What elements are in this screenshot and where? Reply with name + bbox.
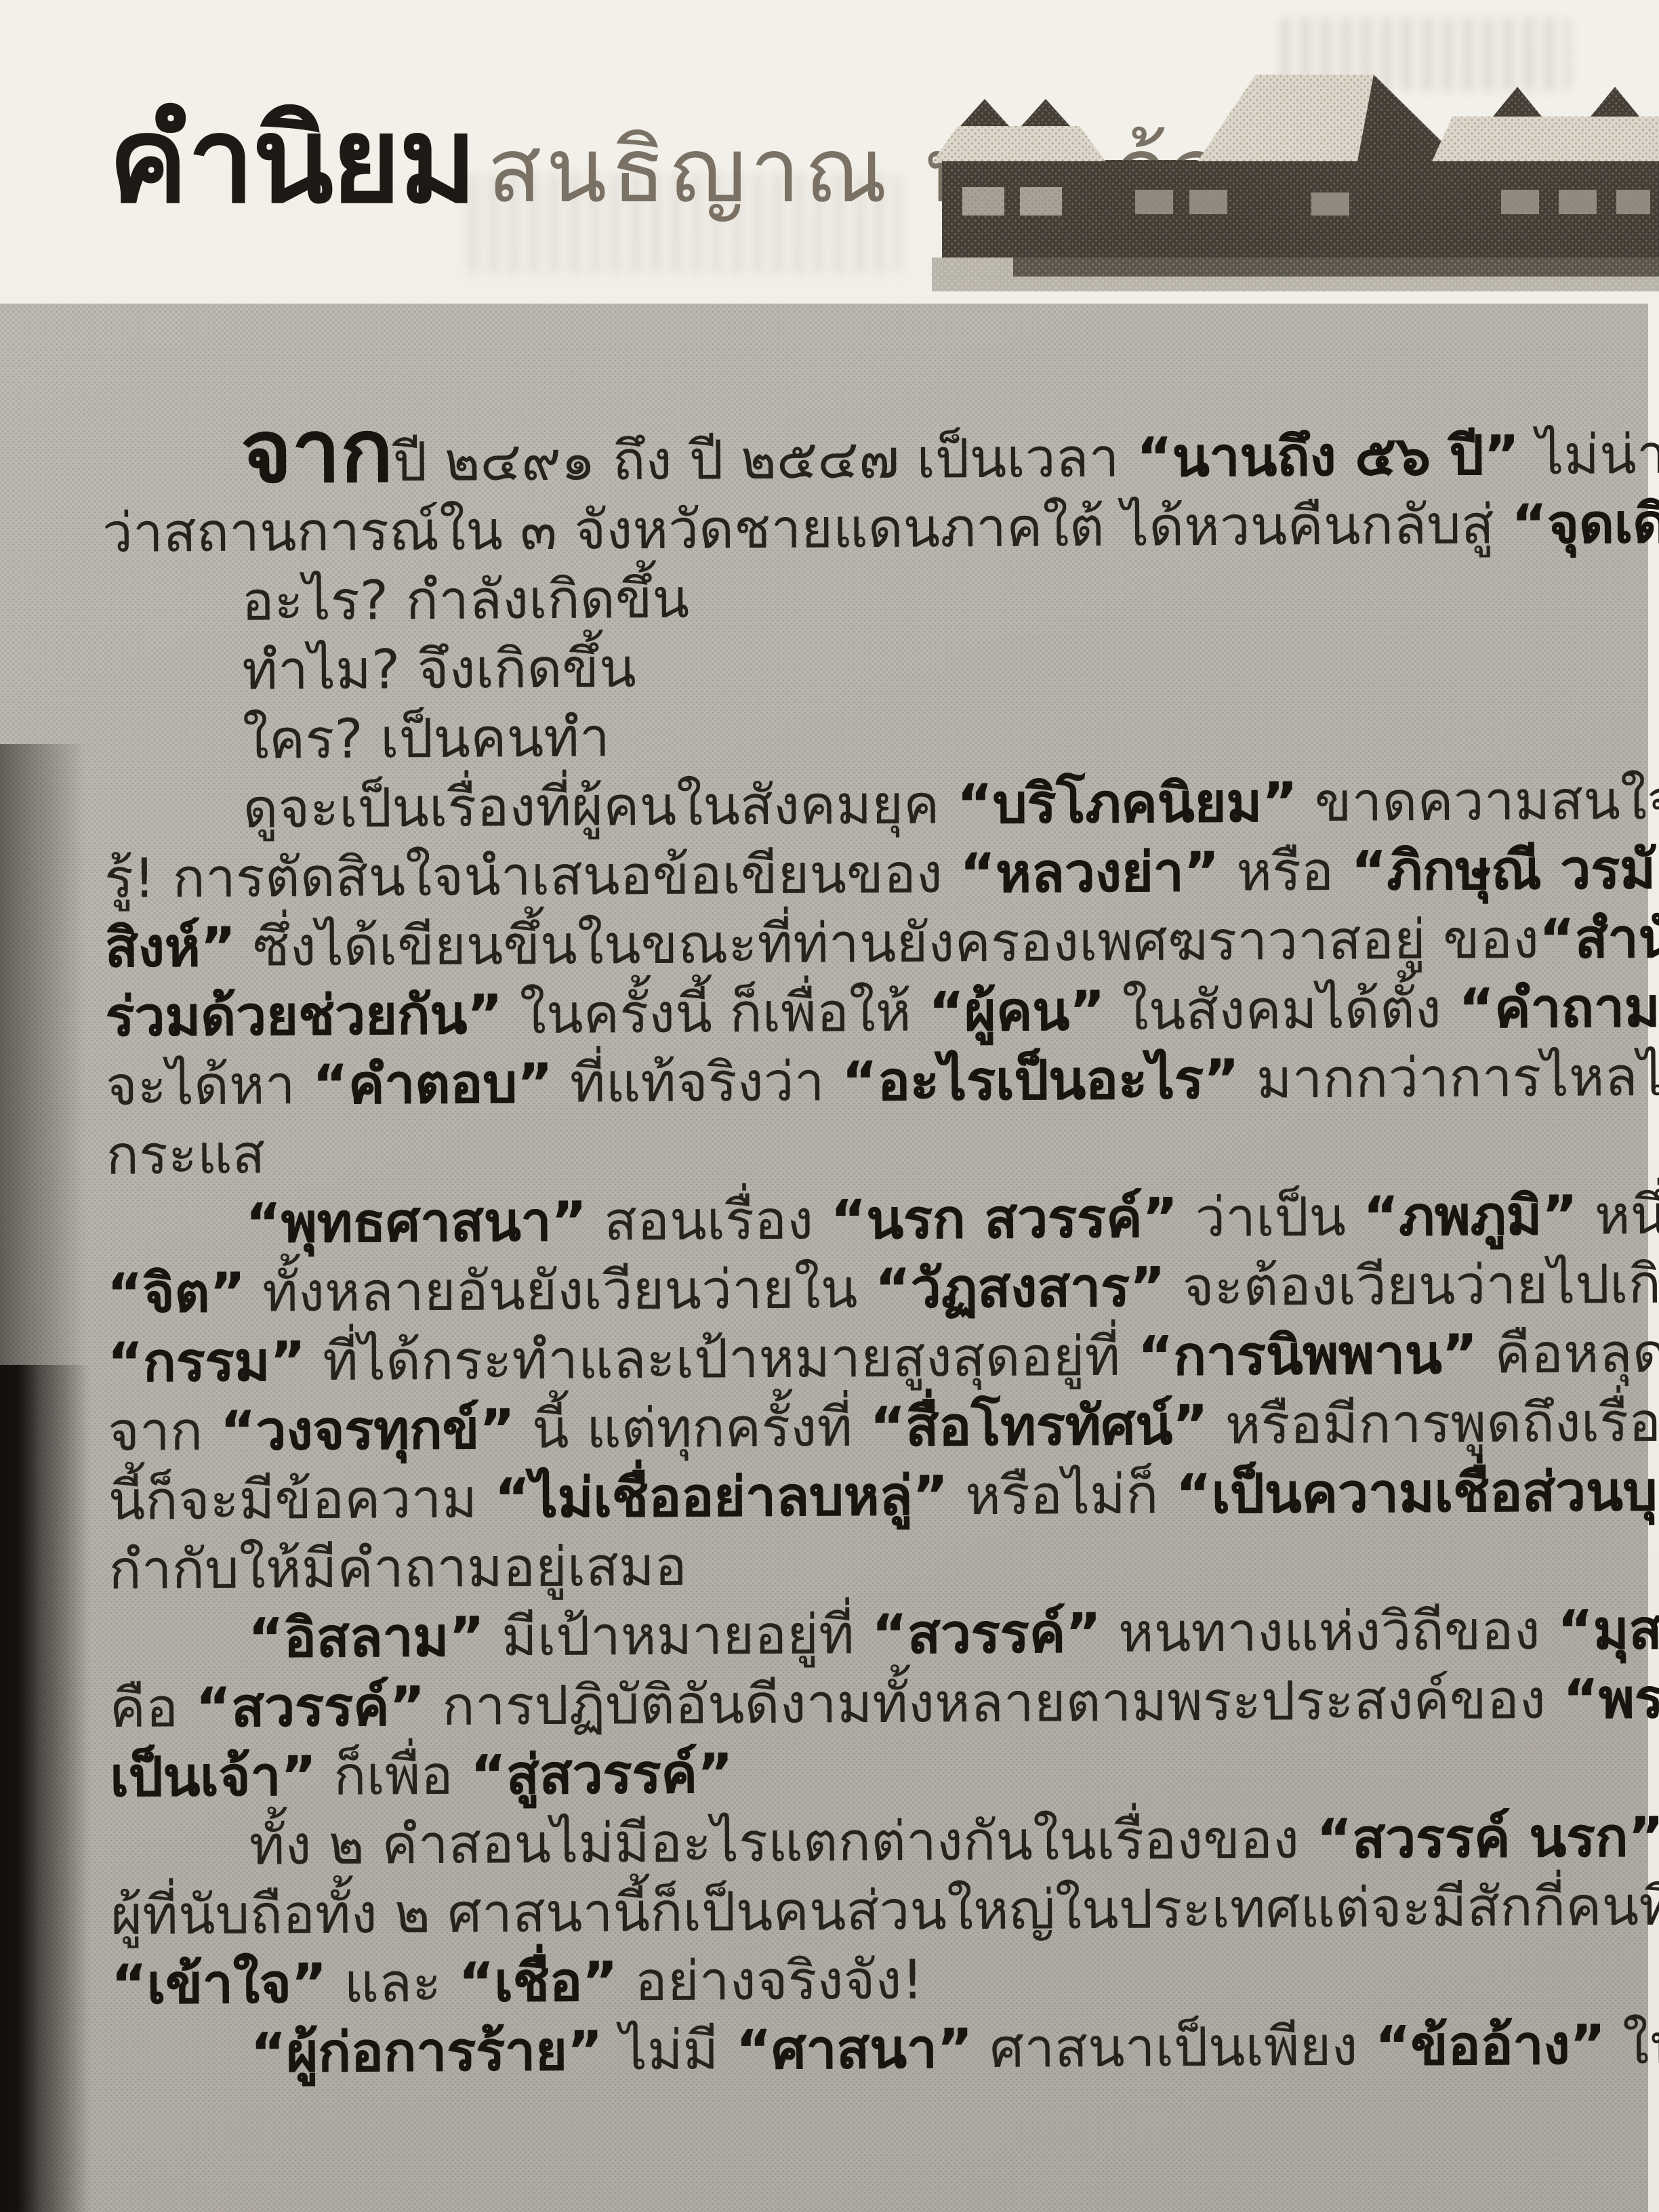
body-text-segment: ก็เพื่อ xyxy=(316,1744,470,1807)
emphasized-quoted-text: “สำนักพิมพ์ xyxy=(1539,906,1659,970)
body-text-segment: ทั้งหลายอันยังเวียนว่ายใน xyxy=(245,1257,875,1324)
emphasized-quoted-text: “สวรรค์” xyxy=(872,1601,1101,1666)
emphasized-quoted-text: “สวรรค์” xyxy=(195,1675,425,1739)
body-text-segment: ปี ๒๔๙๑ ถึง ปี ๒๕๔๗ เป็นเวลา xyxy=(392,426,1136,494)
body-text-segment: หนึ่งที่ xyxy=(1577,1183,1659,1246)
body-text-segment: หนทางแห่งวิถีของ xyxy=(1101,1599,1557,1664)
body-text-segment: ไม่น่าเชื่อ xyxy=(1519,422,1659,487)
text-line: จากปี ๒๔๙๑ ถึง ปี ๒๕๔๗ เป็นเวลา “นานถึง … xyxy=(102,421,1576,499)
emphasized-quoted-text: สิงห์” xyxy=(104,916,236,979)
body-text-segment: ในการ xyxy=(1605,2012,1659,2076)
body-text-segment: มีเป้าหมายอยู่ที่ xyxy=(484,1603,872,1668)
body-text-segment: ไม่มี xyxy=(602,2018,736,2082)
body-text-segment: ว่าเป็น xyxy=(1178,1185,1364,1250)
text-line: “พุทธศาสนา” สอนเรื่อง “นรก สวรรค์” ว่าเป… xyxy=(106,1181,1581,1259)
emphasized-quoted-text: “นานถึง ๕๖ ปี” xyxy=(1136,424,1519,489)
left-roof xyxy=(932,126,1107,163)
body-text-segment: คือ xyxy=(109,1676,196,1740)
body-text-segment: ในครั้งนี้ ก็เพื่อให้ xyxy=(502,981,928,1046)
emphasized-quoted-text: “นรก สวรรค์” xyxy=(830,1186,1178,1251)
body-text-segment: ว่าสถานการณ์ใน ๓ จังหวัดชายแดนภาคใต้ ได้… xyxy=(102,493,1512,565)
body-text-segment: กระแส xyxy=(106,1123,265,1187)
emphasized-quoted-text: “ไม่เชื่ออย่าลบหลู่” xyxy=(494,1464,948,1530)
body-text-segment: ทำไม? จึงเกิดขึ้น xyxy=(242,636,636,702)
body-text-segment: กำกับให้มีคำถามอยู่เสมอ xyxy=(108,1535,687,1601)
body-text-segment: สอนเรื่อง xyxy=(586,1188,830,1252)
body-text-segment: จะต้องเวียนว่ายไปเกิดตาม xyxy=(1165,1252,1659,1319)
body-text-segment: ทั้ง ๒ คำสอนไม่มีอะไรแตกต่างกันในเรื่องข… xyxy=(249,1807,1316,1877)
text-line: “จิต” ทั้งหลายอันยังเวียนว่ายใน “วัฏสงสา… xyxy=(106,1250,1581,1328)
emphasized-quoted-text: “เชื่อ” xyxy=(458,1950,617,2013)
body-text-segment: รู้! การตัดสินใจนำเสนอข้อเขียนของ xyxy=(104,842,960,910)
emphasized-quoted-text: “สวรรค์ นรก” xyxy=(1316,1805,1659,1870)
left-gable-2 xyxy=(1021,99,1070,126)
text-line: นี้ก็จะมีข้อความ “ไม่เชื่ออย่าลบหลู่” หร… xyxy=(108,1458,1582,1536)
emphasized-quoted-text: “กรรม” xyxy=(107,1330,306,1394)
text-line: ทำไม? จึงเกิดขึ้น xyxy=(103,628,1578,706)
body-text-segment: หรือ xyxy=(1219,840,1351,903)
emphasized-quoted-text: “วงจรทุกข์” xyxy=(220,1397,514,1462)
emphasized-quoted-text: “คำตอบ” xyxy=(312,1052,553,1116)
emphasized-quoted-text: “ภพภูมิ” xyxy=(1363,1184,1578,1248)
text-line: ดูจะเป็นเรื่องที่ผู้คนในสังคมยุค “บริโภค… xyxy=(104,766,1578,844)
body-text-segment: หรือมีการพูดถึงเรื่องพวก xyxy=(1208,1390,1659,1456)
body-text-segment: หรือไม่ก็ xyxy=(948,1462,1176,1527)
body-text-segment: ที่ได้กระทำและเป้าหมายสูงสุดอยู่ที่ xyxy=(305,1325,1138,1393)
book-page: คำนิยม สนธิญาณ หนูแก้ว xyxy=(0,0,1659,2212)
emphasized-quoted-text: “จุดเดิม” xyxy=(1511,491,1659,556)
right-gable-2 xyxy=(1591,87,1639,117)
body-text-segment: นี้ก็จะมีข้อความ xyxy=(108,1467,495,1532)
village-illustration xyxy=(932,60,1659,300)
text-line: เป็นเจ้า” ก็เพื่อ “สู่สวรรค์” xyxy=(110,1734,1584,1812)
body-text-segment: และ xyxy=(327,1951,459,2015)
emphasized-quoted-text: “สู่สวรรค์” xyxy=(470,1742,733,1806)
text-line: กระแส xyxy=(106,1112,1580,1190)
body-text-segment: ดูจะเป็นเรื่องที่ผู้คนในสังคมยุค xyxy=(243,773,957,840)
emphasized-quoted-text: “ข้ออ้าง” xyxy=(1375,2013,1605,2077)
emphasized-quoted-text: “สื่อโทรทัศน์” xyxy=(869,1393,1208,1458)
text-line: จะได้หา “คำตอบ” ที่แท้จริงว่า “อะไรเป็นอ… xyxy=(106,1043,1580,1121)
emphasized-quoted-text: “จิต” xyxy=(107,1261,246,1325)
emphasized-quoted-text: “เข้าใจ” xyxy=(111,1952,327,2016)
text-line: สิงห์” ซึ่งได้เขียนขึ้นในขณะที่ท่านยังคร… xyxy=(104,905,1579,983)
emphasized-quoted-text: “การนิพพาน” xyxy=(1137,1323,1477,1388)
emphasized-quoted-text: “อิสลาม” xyxy=(248,1605,485,1670)
body-text-segment: อย่างจริงจัง! xyxy=(617,1948,924,2013)
emphasized-quoted-text: “หลวงย่า” xyxy=(960,840,1219,905)
text-line: ผู้ที่นับถือทั้ง ๒ ศาสนานี้ก็เป็นคนส่วนใ… xyxy=(110,1872,1585,1950)
emphasized-quoted-text: “คำถาม” xyxy=(1458,976,1659,1040)
emphasized-quoted-text: ร่วมด้วยช่วยกัน” xyxy=(105,983,503,1048)
text-line: รู้! การตัดสินใจนำเสนอข้อเขียนของ “หลวงย… xyxy=(104,836,1579,914)
body-text-segment: ในสังคมได้ตั้ง xyxy=(1105,977,1459,1042)
emphasized-quoted-text: “พระผู้ xyxy=(1563,1666,1659,1730)
text-line: ทั้ง ๒ คำสอนไม่มีอะไรแตกต่างกันในเรื่องข… xyxy=(110,1803,1584,1881)
emphasized-quoted-text: “อะไรเป็นอะไร” xyxy=(842,1048,1240,1113)
right-roof xyxy=(1432,117,1659,161)
body-text-segment: อะไร? กำลังเกิดขึ้น xyxy=(241,567,689,633)
body-text-segment: นี้ แต่ทุกครั้งที่ xyxy=(514,1395,870,1460)
body-text-segment: ขาดความสนใจที่จะ xyxy=(1297,768,1659,834)
text-line: ว่าสถานการณ์ใน ๓ จังหวัดชายแดนภาคใต้ ได้… xyxy=(102,490,1577,568)
emphasized-quoted-text: “ผู้คน” xyxy=(928,979,1105,1044)
text-line: “อิสลาม” มีเป้าหมายอยู่ที่ “สวรรค์” หนทา… xyxy=(109,1596,1584,1674)
text-line: กำกับให้มีคำถามอยู่เสมอ xyxy=(108,1527,1583,1605)
emphasized-quoted-text: “พุทธศาสนา” xyxy=(245,1190,587,1255)
emphasized-quoted-text: “มุสลิม” xyxy=(1557,1597,1659,1662)
text-line: “ผู้ก่อการร้าย” ไม่มี “ศาสนา” ศาสนาเป็นเ… xyxy=(111,2011,1586,2089)
body-text-segment: มากกว่าการไหลไปตาม xyxy=(1239,1044,1659,1111)
text-line: “เข้าใจ” และ “เชื่อ” อย่างจริงจัง! xyxy=(111,1942,1586,2020)
body-text-segment: ซึ่งได้เขียนขึ้นในขณะที่ท่านยังครองเพศฆร… xyxy=(236,907,1540,979)
body-text: จากปี ๒๔๙๑ ถึง ปี ๒๕๔๗ เป็นเวลา “นานถึง … xyxy=(102,421,1586,2089)
text-line: “กรรม” ที่ได้กระทำและเป้าหมายสูงสุดอยู่ท… xyxy=(107,1319,1582,1397)
text-line: จาก “วงจรทุกข์” นี้ แต่ทุกครั้งที่ “สื่อ… xyxy=(108,1389,1582,1467)
emphasized-quoted-text: “บริโภคนิยม” xyxy=(957,771,1298,836)
text-line: ร่วมด้วยช่วยกัน” ในครั้งนี้ ก็เพื่อให้ “… xyxy=(105,974,1580,1052)
body-text-segment: ศาสนาเป็นเพียง xyxy=(972,2015,1375,2081)
page-title: คำนิยม xyxy=(108,102,475,220)
body-text-segment: ใคร? เป็นคนทำ xyxy=(243,705,611,771)
text-line: คือ “สวรรค์” การปฏิบัติอันดีงามทั้งหลายต… xyxy=(109,1665,1584,1743)
emphasized-quoted-text: เป็นเจ้า” xyxy=(110,1744,316,1809)
page-header-band: คำนิยม สนธิญาณ หนูแก้ว xyxy=(0,0,1659,305)
body-text-segment: ที่แท้จริงว่า xyxy=(552,1050,842,1115)
body-text-segment: คือหลุดออก xyxy=(1477,1321,1659,1386)
text-line: ใคร? เป็นคนทำ xyxy=(103,697,1578,775)
body-text-segment: ผู้ที่นับถือทั้ง ๒ ศาสนานี้ก็เป็นคนส่วนใ… xyxy=(110,1875,1659,1947)
body-text-segment: จาก xyxy=(108,1399,220,1463)
emphasized-quoted-text: จาก xyxy=(241,401,393,502)
emphasized-quoted-text: “ผู้ก่อการร้าย” xyxy=(250,2020,602,2085)
right-gable-1 xyxy=(1493,87,1542,117)
emphasized-quoted-text: “ภิกษุณี วรมัย กบิล xyxy=(1351,837,1659,903)
emphasized-quoted-text: “วัฏสงสาร” xyxy=(875,1255,1166,1320)
emphasized-quoted-text: “ศาสนา” xyxy=(736,2017,973,2081)
left-gable-1 xyxy=(960,99,1009,126)
scanned-text-block: จากปี ๒๔๙๑ ถึง ปี ๒๕๔๗ เป็นเวลา “นานถึง … xyxy=(0,304,1648,2212)
gutter-shadow xyxy=(0,744,102,2212)
emphasized-quoted-text: “เป็นความเชื่อส่วนบุคคล” xyxy=(1176,1459,1659,1526)
body-text-segment: การปฏิบัติอันดีงามทั้งหลายตามพระประสงค์ข… xyxy=(425,1668,1563,1738)
text-line: อะไร? กำลังเกิดขึ้น xyxy=(102,559,1577,637)
body-text-segment: จะได้หา xyxy=(106,1053,313,1118)
